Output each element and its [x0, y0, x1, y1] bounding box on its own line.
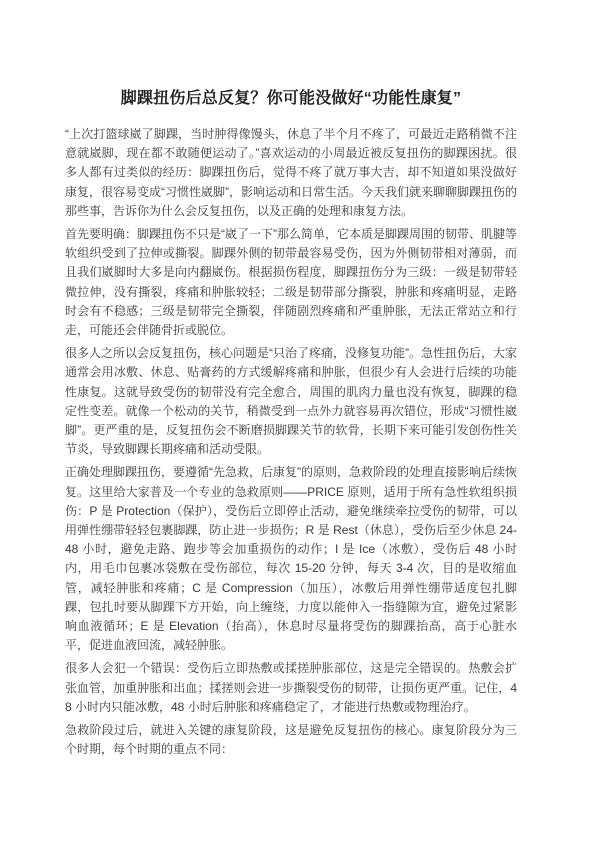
paragraph-price-principle: 正确处理脚踝扭伤，要遵循“先急救，后康复”的原则，急救阶段的处理直接影响后续恢复…: [65, 463, 517, 655]
document-page: 脚踝扭伤后总反复？你可能没做好“功能性康复” “上次打篮球崴了脚踝，当时肿得像馒…: [0, 0, 595, 841]
paragraph-injury-grades: 首先要明确：脚踝扭伤不只是“崴了一下”那么简单，它本质是脚踝周围的韧带、肌腱等软…: [65, 225, 517, 340]
page-title: 脚踝扭伤后总反复？你可能没做好“功能性康复”: [65, 88, 517, 110]
paragraph-intro: “上次打篮球崴了脚踝，当时肿得像馒头，休息了半个月不疼了，可最近走路稍微不注意就…: [65, 125, 517, 221]
paragraph-rehab-stages: 急救阶段过后，就进入关键的康复阶段，这是避免反复扭伤的核心。康复阶段分为三个时期…: [65, 721, 517, 759]
paragraph-why-recurs: 很多人之所以会反复扭伤，核心问题是“只治了疼痛，没修复功能”。急性扭伤后，大家通…: [65, 344, 517, 459]
paragraph-common-mistake: 很多人会犯一个错误：受伤后立即热敷或揉搓肿胀部位，这是完全错误的。热敷会扩张血管…: [65, 659, 517, 717]
